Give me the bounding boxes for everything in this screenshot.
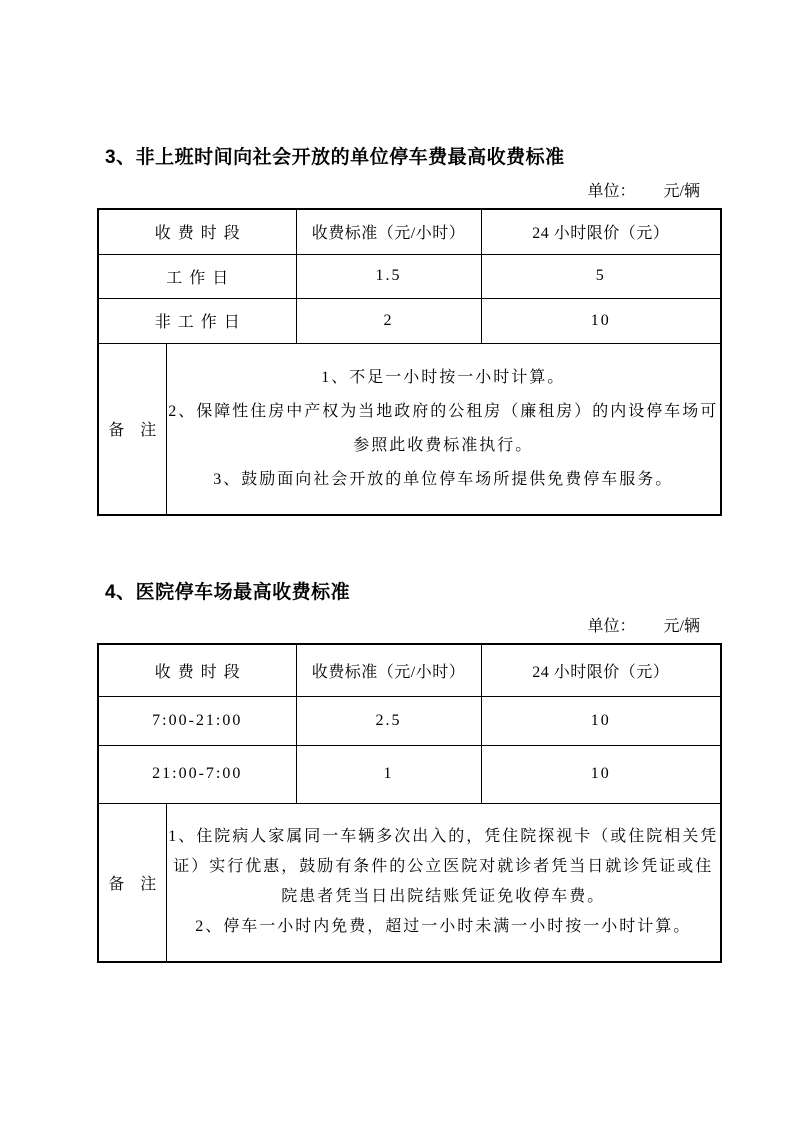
remark-item: 1、不足一小时按一小时计算。	[167, 361, 721, 395]
cell-cap: 10	[481, 745, 721, 803]
cell-rate: 1	[296, 745, 481, 803]
remark-item: 2、停车一小时内免费，超过一小时未满一小时按一小时计算。	[167, 912, 721, 942]
cell-period: 21:00-7:00	[98, 745, 296, 803]
cell-cap: 10	[481, 298, 721, 343]
section-unit-parking: 3、非上班时间向社会开放的单位停车费最高收费标准 单位： 元/辆 收费时段 收费…	[97, 146, 720, 516]
unit-line: 单位： 元/辆	[97, 182, 720, 202]
remark-body: 1、住院病人家属同一车辆多次出入的，凭住院探视卡（或住院相关凭证）实行优惠，鼓励…	[166, 803, 721, 962]
section-title: 3、非上班时间向社会开放的单位停车费最高收费标准	[105, 146, 720, 170]
section-title: 4、医院停车场最高收费标准	[105, 581, 720, 605]
table-row: 7:00-21:00 2.5 10	[98, 696, 721, 745]
col-header-period: 收费时段	[98, 644, 296, 696]
unit-value: 元/辆	[664, 182, 700, 202]
header-row: 收费时段 收费标准（元/小时） 24 小时限价（元）	[98, 209, 721, 254]
unit-label: 单位：	[588, 617, 636, 637]
col-header-rate: 收费标准（元/小时）	[296, 644, 481, 696]
unit-line: 单位： 元/辆	[97, 617, 720, 637]
remark-body: 1、不足一小时按一小时计算。 2、保障性住房中产权为当地政府的公租房（廉租房）的…	[166, 343, 721, 515]
remark-item: 2、保障性住房中产权为当地政府的公租房（廉租房）的内设停车场可参照此收费标准执行…	[167, 395, 721, 463]
cell-rate: 2.5	[296, 696, 481, 745]
fee-table-unit-parking: 收费时段 收费标准（元/小时） 24 小时限价（元） 工作日 1.5 5 非工作…	[97, 208, 722, 516]
header-row: 收费时段 收费标准（元/小时） 24 小时限价（元）	[98, 644, 721, 696]
col-header-cap: 24 小时限价（元）	[481, 209, 721, 254]
remark-item: 1、住院病人家属同一车辆多次出入的，凭住院探视卡（或住院相关凭证）实行优惠，鼓励…	[167, 822, 721, 912]
cell-period: 7:00-21:00	[98, 696, 296, 745]
cell-rate: 2	[296, 298, 481, 343]
remark-item: 3、鼓励面向社会开放的单位停车场所提供免费停车服务。	[167, 463, 721, 497]
table-row: 21:00-7:00 1 10	[98, 745, 721, 803]
cell-rate: 1.5	[296, 254, 481, 298]
unit-value: 元/辆	[664, 617, 700, 637]
unit-label: 单位：	[588, 182, 636, 202]
section-hospital-parking: 4、医院停车场最高收费标准 单位： 元/辆 收费时段 收费标准（元/小时） 24…	[97, 581, 720, 963]
table-row: 工作日 1.5 5	[98, 254, 721, 298]
remark-label: 备 注	[98, 803, 166, 962]
cell-period: 非工作日	[98, 298, 296, 343]
col-header-rate: 收费标准（元/小时）	[296, 209, 481, 254]
cell-cap: 5	[481, 254, 721, 298]
table-row: 非工作日 2 10	[98, 298, 721, 343]
remark-row: 备 注 1、不足一小时按一小时计算。 2、保障性住房中产权为当地政府的公租房（廉…	[98, 343, 721, 515]
col-header-cap: 24 小时限价（元）	[481, 644, 721, 696]
cell-period: 工作日	[98, 254, 296, 298]
remark-label: 备 注	[98, 343, 166, 515]
cell-cap: 10	[481, 696, 721, 745]
document-page: 3、非上班时间向社会开放的单位停车费最高收费标准 单位： 元/辆 收费时段 收费…	[0, 0, 794, 1122]
fee-table-hospital-parking: 收费时段 收费标准（元/小时） 24 小时限价（元） 7:00-21:00 2.…	[97, 643, 722, 963]
remark-row: 备 注 1、住院病人家属同一车辆多次出入的，凭住院探视卡（或住院相关凭证）实行优…	[98, 803, 721, 962]
col-header-period: 收费时段	[98, 209, 296, 254]
